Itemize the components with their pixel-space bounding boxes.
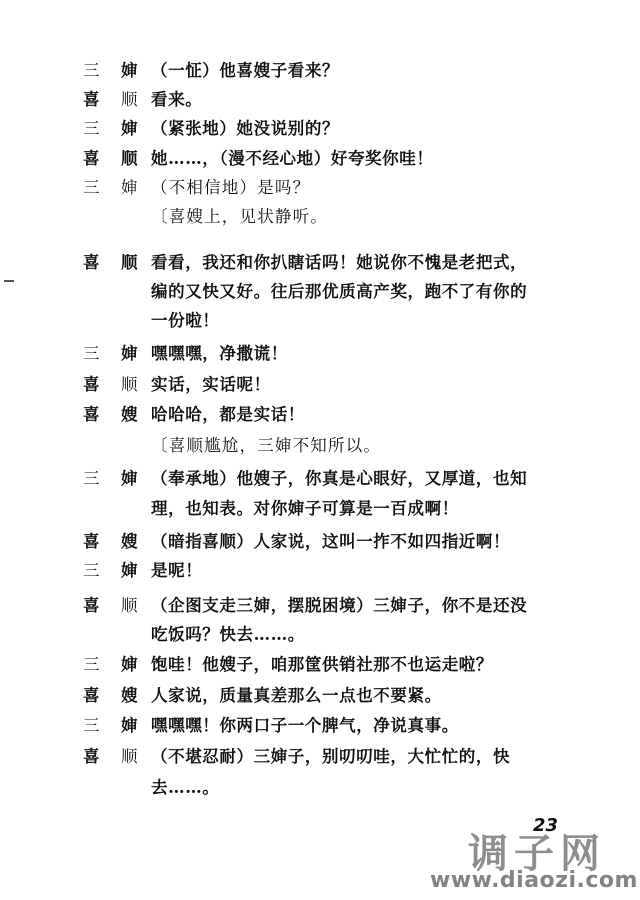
dialogue-line: 三 婶 （奉承地）他嫂子，你真是心眼好，又厚道，也知 bbox=[0, 466, 640, 492]
speaker-char-2: 顺 bbox=[121, 146, 143, 172]
dialogue-text: 实话，实话呢！ bbox=[151, 372, 271, 398]
speaker-char-2: 婶 bbox=[121, 466, 143, 492]
dialogue-text: 看来。 bbox=[151, 87, 202, 113]
dialogue-text: （一怔）他喜嫂子看来？ bbox=[151, 58, 339, 84]
dialogue-line: 喜 嫂 （暗指喜顺）人家说，这叫一拃不如四指近啊！ bbox=[0, 529, 640, 555]
dialogue-text: （不相信地）是吗？ bbox=[151, 175, 310, 201]
dialogue-line: 喜 顺 看看，我还和你扒瞎话吗！她说你不愧是老把式， bbox=[0, 250, 640, 276]
dialogue-text: 人家说，质量真差那么一点也不要紧。 bbox=[151, 683, 442, 709]
speaker-char-2: 顺 bbox=[121, 744, 143, 770]
speaker-char-2: 婶 bbox=[121, 341, 143, 367]
speaker-char-1: 喜 bbox=[83, 744, 105, 770]
speaker-char-2: 嫂 bbox=[121, 683, 143, 709]
speaker-char-2: 婶 bbox=[121, 175, 143, 201]
speaker-char-1: 喜 bbox=[83, 402, 105, 428]
dialogue-text: 一份啦！ bbox=[151, 308, 219, 334]
dialogue-continuation: 编的又快又好。往后那优质高产奖，跑不了有你的 bbox=[0, 279, 640, 305]
speaker-char-1: 三 bbox=[83, 175, 105, 201]
dialogue-text: 她……，（漫不经心地）好夸奖你哇！ bbox=[151, 146, 433, 172]
speaker-char-2: 婶 bbox=[121, 58, 143, 84]
speaker-char-1: 三 bbox=[83, 466, 105, 492]
speaker-char-1: 喜 bbox=[83, 372, 105, 398]
dialogue-continuation: 一份啦！ bbox=[0, 308, 640, 334]
dialogue-line: 三 婶 嘿嘿嘿，净撒谎！ bbox=[0, 341, 640, 367]
dialogue-text: （不堪忍耐）三婶子，别叨叨哇，大忙忙的，快 bbox=[151, 744, 510, 770]
dialogue-text: 嘿嘿嘿，净撒谎！ bbox=[151, 341, 288, 367]
speaker-char-2: 婶 bbox=[121, 713, 143, 739]
dialogue-line: 喜 嫂 哈哈哈，都是实话！ bbox=[0, 402, 640, 428]
dialogue-text: 去……。 bbox=[151, 775, 219, 801]
speaker-char-2: 嫂 bbox=[121, 529, 143, 555]
dialogue-text: （暗指喜顺）人家说，这叫一拃不如四指近啊！ bbox=[151, 529, 510, 555]
speaker-char-2: 顺 bbox=[121, 250, 143, 276]
dialogue-continuation: 理，也知表。对你婶子可算是一百成啊！ bbox=[0, 496, 640, 522]
dialogue-text: 理，也知表。对你婶子可算是一百成啊！ bbox=[151, 496, 459, 522]
speaker-char-1: 喜 bbox=[83, 146, 105, 172]
page-number: 23 bbox=[533, 815, 558, 836]
stage-direction: 〔喜嫂上，见状静听。 bbox=[0, 204, 640, 230]
speaker-char-2: 婶 bbox=[121, 652, 143, 678]
watermark-url: www.diaozi.com bbox=[430, 868, 638, 893]
dialogue-line: 喜 顺 （不堪忍耐）三婶子，别叨叨哇，大忙忙的，快 bbox=[0, 744, 640, 770]
speaker-char-2: 婶 bbox=[121, 558, 143, 584]
dialogue-line: 喜 顺 （企图支走三婶，摆脱困境）三婶子，你不是还没 bbox=[0, 593, 640, 619]
dialogue-line: 喜 顺 看来。 bbox=[0, 87, 640, 113]
dialogue-line: 三 婶 嘿嘿嘿！你两口子一个脾气，净说真事。 bbox=[0, 713, 640, 739]
speaker-char-1: 三 bbox=[83, 652, 105, 678]
dialogue-text: 编的又快又好。往后那优质高产奖，跑不了有你的 bbox=[151, 279, 527, 305]
speaker-char-2: 嫂 bbox=[121, 402, 143, 428]
speaker-char-1: 三 bbox=[83, 713, 105, 739]
dialogue-continuation: 去……。 bbox=[0, 775, 640, 801]
speaker-char-2: 婶 bbox=[121, 116, 143, 142]
speaker-char-2: 顺 bbox=[121, 593, 143, 619]
dialogue-text: （奉承地）他嫂子，你真是心眼好，又厚道，也知 bbox=[151, 466, 527, 492]
speaker-char-1: 喜 bbox=[83, 87, 105, 113]
dialogue-text: 嘿嘿嘿！你两口子一个脾气，净说真事。 bbox=[151, 713, 459, 739]
dialogue-line: 喜 嫂 人家说，质量真差那么一点也不要紧。 bbox=[0, 683, 640, 709]
dialogue-text: 吃饭吗？快去……。 bbox=[151, 622, 305, 648]
dialogue-text: 哈哈哈，都是实话！ bbox=[151, 402, 305, 428]
dialogue-text: 是呢！ bbox=[151, 558, 202, 584]
dialogue-text: （紧张地）她没说别的？ bbox=[151, 116, 339, 142]
dialogue-line: 三 婶 饱哇！他嫂子，咱那筐供销社那不也运走啦？ bbox=[0, 652, 640, 678]
speaker-char-1: 三 bbox=[83, 116, 105, 142]
speaker-char-1: 三 bbox=[83, 58, 105, 84]
dialogue-line: 喜 顺 她……，（漫不经心地）好夸奖你哇！ bbox=[0, 146, 640, 172]
speaker-char-1: 三 bbox=[83, 558, 105, 584]
speaker-char-1: 喜 bbox=[83, 593, 105, 619]
dialogue-line: 三 婶 （一怔）他喜嫂子看来？ bbox=[0, 58, 640, 84]
dialogue-line: 三 婶 （紧张地）她没说别的？ bbox=[0, 116, 640, 142]
stage-direction: 〔喜顺尴尬，三婶不知所以。 bbox=[0, 433, 640, 459]
dialogue-text: 饱哇！他嫂子，咱那筐供销社那不也运走啦？ bbox=[151, 652, 493, 678]
dialogue-line: 三 婶 （不相信地）是吗？ bbox=[0, 175, 640, 201]
dialogue-text: （企图支走三婶，摆脱困境）三婶子，你不是还没 bbox=[151, 593, 527, 619]
dialogue-continuation: 吃饭吗？快去……。 bbox=[0, 622, 640, 648]
dialogue-line: 三 婶 是呢！ bbox=[0, 558, 640, 584]
dialogue-line: 喜 顺 实话，实话呢！ bbox=[0, 372, 640, 398]
speaker-char-1: 喜 bbox=[83, 529, 105, 555]
speaker-char-1: 三 bbox=[83, 341, 105, 367]
stage-direction-text: 〔喜顺尴尬，三婶不知所以。 bbox=[151, 433, 381, 459]
speaker-char-1: 喜 bbox=[83, 250, 105, 276]
speaker-char-2: 顺 bbox=[121, 87, 143, 113]
dialogue-text: 看看，我还和你扒瞎话吗！她说你不愧是老把式， bbox=[151, 250, 527, 276]
stage-direction-text: 〔喜嫂上，见状静听。 bbox=[151, 204, 328, 230]
speaker-char-1: 喜 bbox=[83, 683, 105, 709]
speaker-char-2: 顺 bbox=[121, 372, 143, 398]
